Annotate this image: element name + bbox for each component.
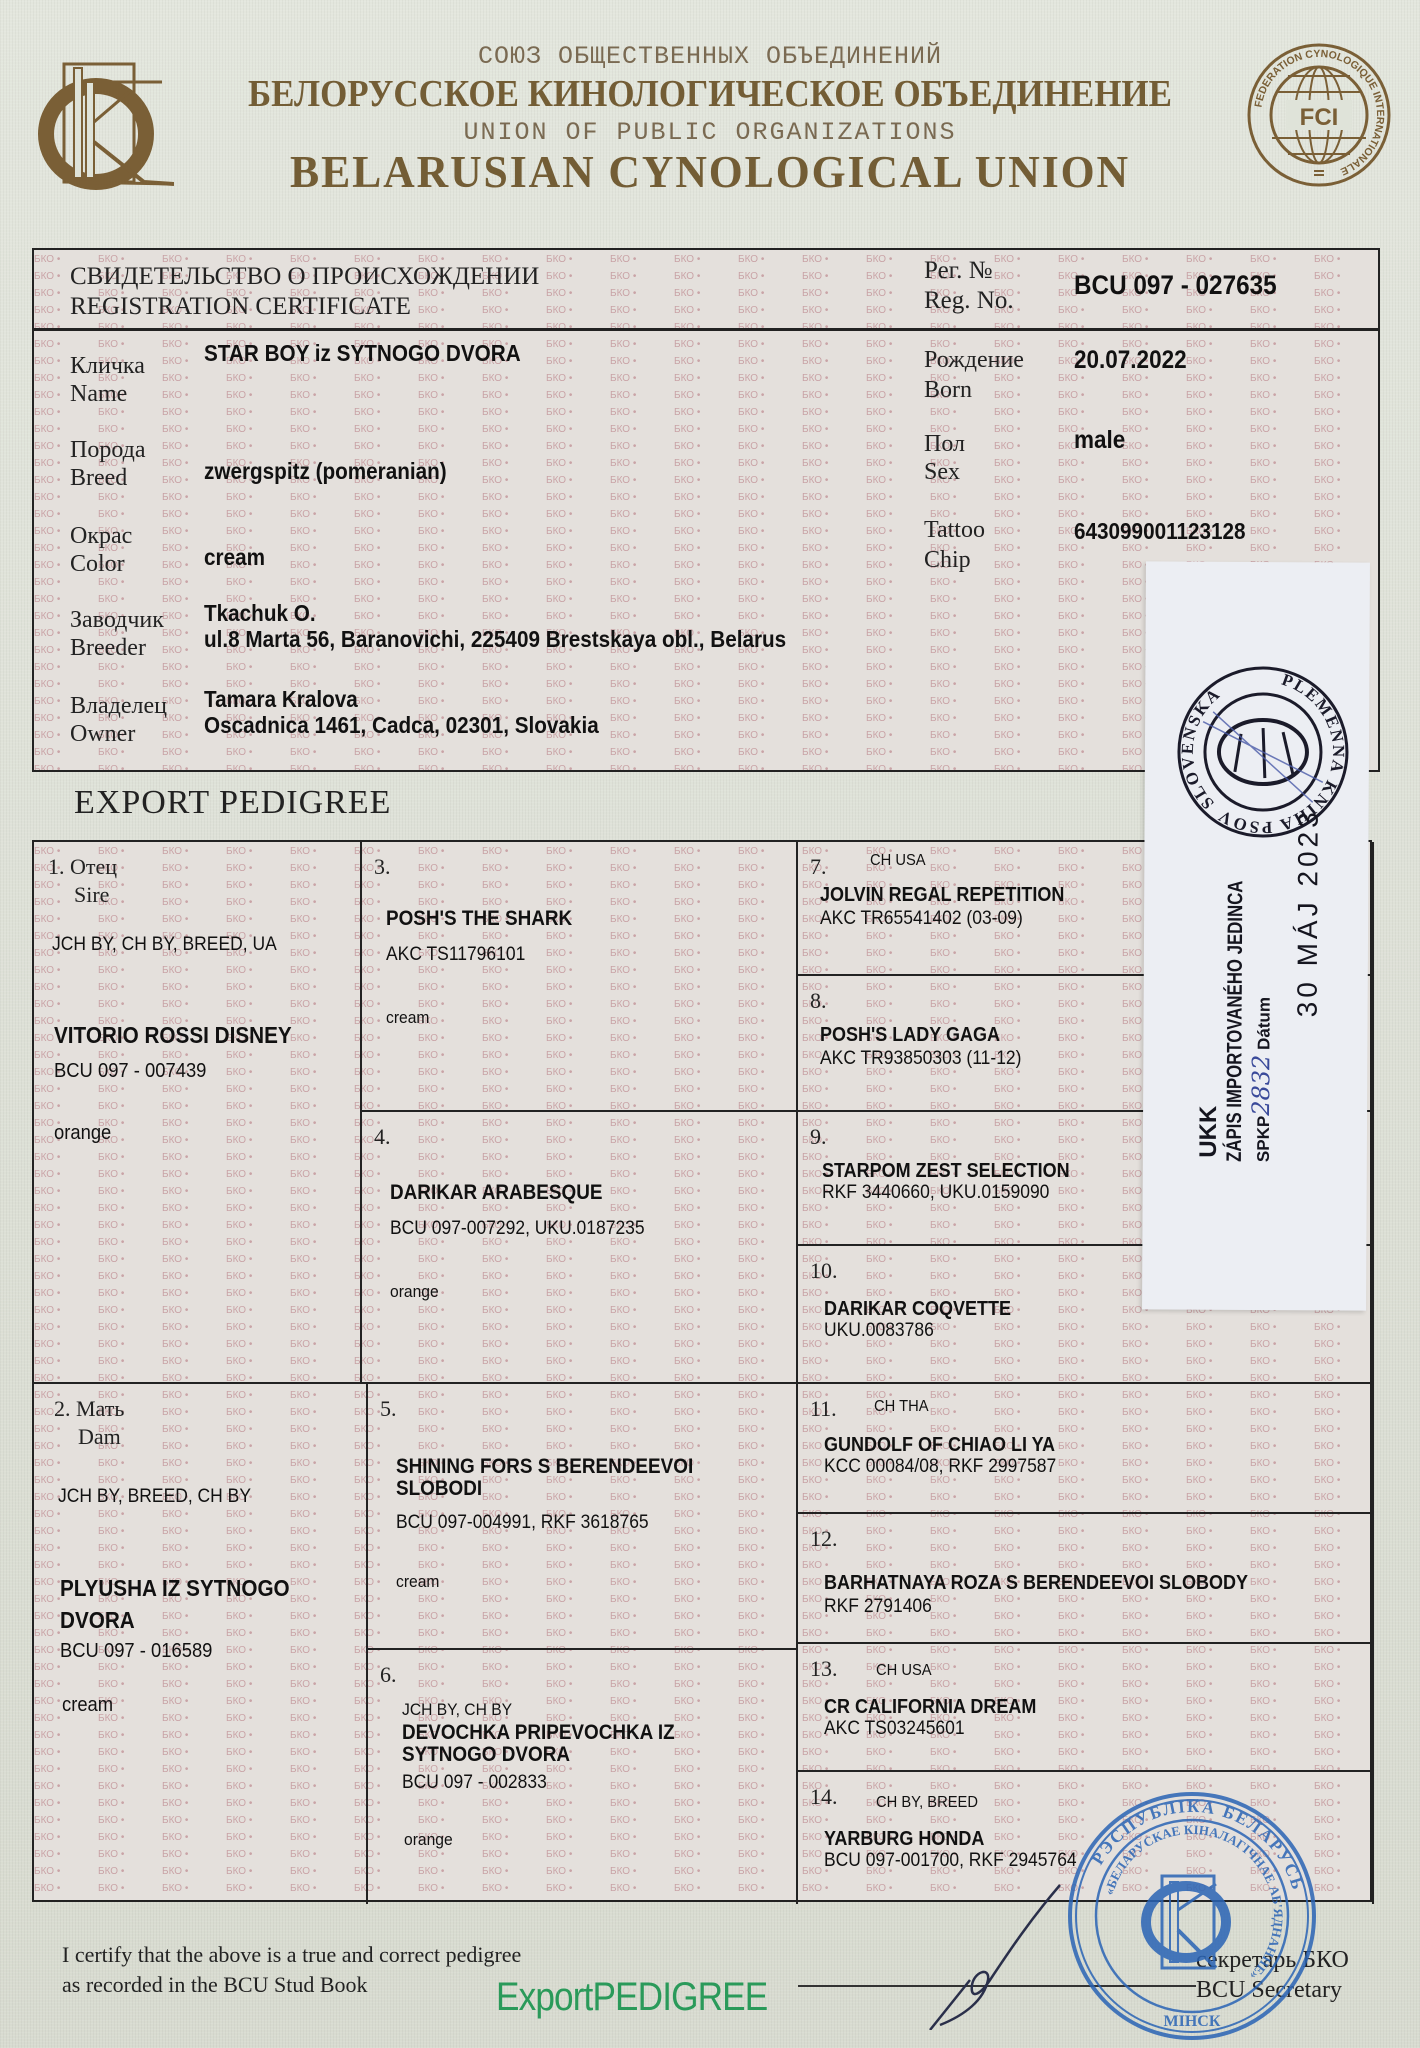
cell-number: 9. <box>810 1124 827 1150</box>
pedigree-cell-4: 4. DARIKAR ARABESQUE BCU 097-007292, UKU… <box>362 1112 798 1384</box>
ancestor-name: DARIKAR ARABESQUE <box>390 1182 602 1204</box>
pedigree-cell-12: 12. BARHATNAYA ROZA S BERENDEEVOI SLOBOD… <box>798 1514 1374 1644</box>
cell-number: 14. <box>810 1784 838 1810</box>
pedigree-cell-11: 11. CH THA GUNDOLF OF CHIAO LI YA KCC 00… <box>798 1384 1374 1514</box>
cell-number: 10. <box>810 1258 838 1284</box>
breeder-label-ru: Заводчик <box>70 606 164 635</box>
dam-label-en: Dam <box>78 1424 121 1450</box>
ancestor-name: DEVOCHKA PRIPEVOCHKA IZ SYTNOGO DVORA <box>402 1722 744 1766</box>
cell-number: 13. <box>810 1656 838 1682</box>
ancestor-reg: UKU.0083786 <box>824 1320 934 1342</box>
sire-titles: JCH BY, CH BY, BREED, UA <box>52 934 277 956</box>
chip-label: Chip <box>924 546 971 575</box>
ancestor-reg: BCU 097-004991, RKF 3618765 <box>396 1512 649 1534</box>
certify-line-1: I certify that the above is a true and c… <box>62 1940 521 1970</box>
export-pedigree-stamp: ExportPEDIGREE <box>496 1975 767 2020</box>
import-stamp-text: UKK ZÁPIS IMPORTOVANÉHO JEDINCA SPKP2832… <box>1195 802 1277 1162</box>
sex-label-ru: Пол <box>924 430 965 459</box>
cell-number: 3. <box>374 854 391 880</box>
breed-value: zwergspitz (pomeranian) <box>204 458 447 485</box>
sire-label-ru: 1. Отец <box>48 854 117 880</box>
ukk-label: UKK <box>1195 802 1225 1158</box>
pedigree-cell-5: 5. SHINING FORS S BERENDEEVOI SLOBODI BC… <box>368 1384 798 1650</box>
owner-name: Tamara Kralova <box>204 686 358 713</box>
header-divider <box>34 328 1378 331</box>
certificate-title-en: REGISTRATION CERTIFICATE <box>70 292 411 321</box>
owner-label-en: Owner <box>70 720 135 749</box>
ancestor-reg: AKC TS03245601 <box>824 1718 965 1740</box>
dam-name: PLYUSHA IZ SYTNOGO DVORA <box>60 1572 321 1636</box>
sire-reg: BCU 097 - 007439 <box>54 1060 206 1083</box>
bcu-official-seal-icon: РЭСПУБЛІКА БЕЛАРУСЬ «БЕЛАРУСКАЕ КІНАЛАГІ… <box>1066 1790 1318 2042</box>
reg-no-label-en: Reg. No. <box>924 286 1014 315</box>
breeder-name: Tkachuk O. <box>204 600 316 627</box>
dam-color: cream <box>62 1694 113 1717</box>
ancestor-reg: RKF 3440660, UKU.0159090 <box>822 1182 1049 1204</box>
tattoo-label: Tattoo <box>924 516 985 545</box>
cell-number: 11. <box>810 1396 837 1422</box>
import-stamp-sticker: PLEMENNÁ KNIHA PSOV SLOVENSKÁ UKK ZÁPIS … <box>1142 561 1370 1310</box>
reg-no-label-ru: Рег. № <box>924 256 992 285</box>
sire-label-en: Sire <box>74 882 109 908</box>
ancestor-color: orange <box>404 1830 453 1850</box>
ancestor-name: GUNDOLF OF CHIAO LI YA <box>824 1434 1055 1456</box>
ancestor-name: YARBURG HONDA <box>824 1828 984 1850</box>
ancestor-name: JOLVIN REGAL REPETITION <box>820 884 1064 906</box>
ancestor-reg: AKC TR93850303 (11-12) <box>820 1048 1021 1070</box>
breeder-address: ul.8 Marta 56, Baranovichi, 225409 Brest… <box>204 626 786 653</box>
spkp-number: 2832 <box>1247 1055 1275 1116</box>
color-value: cream <box>204 544 265 571</box>
chip-value: 643099001123128 <box>1074 518 1246 545</box>
owner-label-ru: Владелец <box>70 692 167 721</box>
date-label: Dátum <box>1254 997 1273 1050</box>
name-label-en: Name <box>70 380 127 409</box>
certify-statement: I certify that the above is a true and c… <box>62 1940 521 2000</box>
born-label-ru: Рождение <box>924 346 1024 375</box>
import-date: 30 MÁJ 2023 <box>1292 757 1325 1017</box>
ancestor-name: DARIKAR COQVETTE <box>824 1298 1011 1320</box>
breeder-label-en: Breeder <box>70 634 146 663</box>
name-label-ru: Кличка <box>70 352 145 381</box>
ancestor-reg: BCU 097-007292, UKU.0187235 <box>390 1218 645 1240</box>
sex-value: male <box>1074 426 1125 455</box>
ancestor-name: CR CALIFORNIA DREAM <box>824 1696 1036 1718</box>
sex-label-en: Sex <box>924 458 960 487</box>
ancestor-name: BARHATNAYA ROZA S BERENDEEVOI SLOBODY <box>824 1572 1248 1594</box>
born-value: 20.07.2022 <box>1074 346 1187 375</box>
owner-address: Oscadnica 1461, Cadca, 02301, Slovakia <box>204 712 599 739</box>
header-union-ru: СОЮЗ ОБЩЕСТВЕННЫХ ОБЪЕДИНЕНИЙ <box>0 42 1420 71</box>
signature-icon <box>910 1880 1080 2030</box>
dam-titles: JCH BY, BREED, CH BY <box>58 1486 251 1508</box>
ancestor-reg: BCU 097 - 002833 <box>402 1772 547 1794</box>
cell-number: 12. <box>810 1526 838 1552</box>
breed-label-en: Breed <box>70 464 127 493</box>
breed-label-ru: Порода <box>70 436 146 465</box>
dog-name-value: STAR BOY iz SYTNOGO DVORA <box>204 340 521 367</box>
dam-reg: BCU 097 - 016589 <box>60 1640 212 1663</box>
sire-name: VITORIO ROSSI DISNEY <box>54 1024 292 1046</box>
ancestor-color: orange <box>390 1282 439 1302</box>
pedigree-cell-sire: 1. Отец Sire JCH BY, CH BY, BREED, UA VI… <box>34 842 362 1384</box>
export-pedigree-title: EXPORT PEDIGREE <box>74 784 391 822</box>
fci-globe-logo: FCI FEDERATION CYNOLOGIQUE INTERNATIONAL… <box>1246 42 1392 188</box>
ancestor-color: cream <box>396 1572 439 1592</box>
reg-no-value: BCU 097 - 027635 <box>1074 270 1277 301</box>
dam-label-ru: 2. Мать <box>54 1396 124 1422</box>
cell-number: 5. <box>380 1396 397 1422</box>
header-org-en: BELARUSIAN CYNOLOGICAL UNION <box>36 145 1385 198</box>
pedigree-cell-6: 6. JCH BY, CH BY DEVOCHKA PRIPEVOCHKA IZ… <box>368 1650 798 1904</box>
cell-number: 6. <box>380 1662 397 1688</box>
ancestor-reg: AKC TS11796101 <box>386 944 525 966</box>
cell-number: 8. <box>810 988 827 1014</box>
svg-text:МІНСК: МІНСК <box>1164 2013 1221 2030</box>
ancestor-titles: CH USA <box>876 1662 932 1680</box>
svg-text:FCI: FCI <box>1300 104 1339 131</box>
ancestor-color: cream <box>386 1008 429 1028</box>
ancestor-name: SHINING FORS S BERENDEEVOI SLOBODI <box>396 1456 747 1500</box>
header-union-en: UNION OF PUBLIC ORGANIZATIONS <box>0 118 1420 147</box>
certify-line-2: as recorded in the BCU Stud Book <box>62 1970 521 2000</box>
pedigree-cell-13: 13. CH USA CR CALIFORNIA DREAM AKC TS032… <box>798 1644 1374 1772</box>
import-entry-label: ZÁPIS IMPORTOVANÉHO JEDINCA <box>1223 874 1249 1162</box>
ancestor-titles: CH BY, BREED <box>876 1794 978 1812</box>
cell-number: 7. <box>810 854 827 880</box>
ancestor-reg: BCU 097-001700, RKF 2945764 <box>824 1850 1077 1872</box>
color-label-ru: Окрас <box>70 522 132 551</box>
ancestor-titles: CH USA <box>870 852 926 870</box>
certificate-title-ru: СВИДЕТЕЛЬСТВО О ПРОИСХОЖДЕНИИ <box>70 262 539 291</box>
ancestor-reg: AKC TR65541402 (03-09) <box>820 908 1023 930</box>
pedigree-cell-3: 3. POSH'S THE SHARK AKC TS11796101 cream <box>362 842 798 1112</box>
header-org-ru: БЕЛОРУССКОЕ КИНОЛОГИЧЕСКОЕ ОБЪЕДИНЕНИЕ <box>57 72 1363 116</box>
color-label-en: Color <box>70 550 125 579</box>
pedigree-cell-dam: 2. Мать Dam JCH BY, BREED, CH BY PLYUSHA… <box>34 1384 368 1904</box>
ancestor-reg: KCC 00084/08, RKF 2997587 <box>824 1456 1056 1478</box>
ancestor-titles: CH THA <box>874 1398 929 1416</box>
ancestor-titles: JCH BY, CH BY <box>402 1700 512 1720</box>
cell-number: 4. <box>374 1124 391 1150</box>
ancestor-name: POSH'S LADY GAGA <box>820 1024 1000 1046</box>
ancestor-name: STARPOM ZEST SELECTION <box>822 1160 1070 1182</box>
spkp-prefix: SPKP <box>1254 1116 1273 1162</box>
ancestor-reg: RKF 2791406 <box>824 1596 932 1618</box>
sire-color: orange <box>54 1122 111 1145</box>
ancestor-name: POSH'S THE SHARK <box>386 908 572 930</box>
born-label-en: Born <box>924 376 972 405</box>
